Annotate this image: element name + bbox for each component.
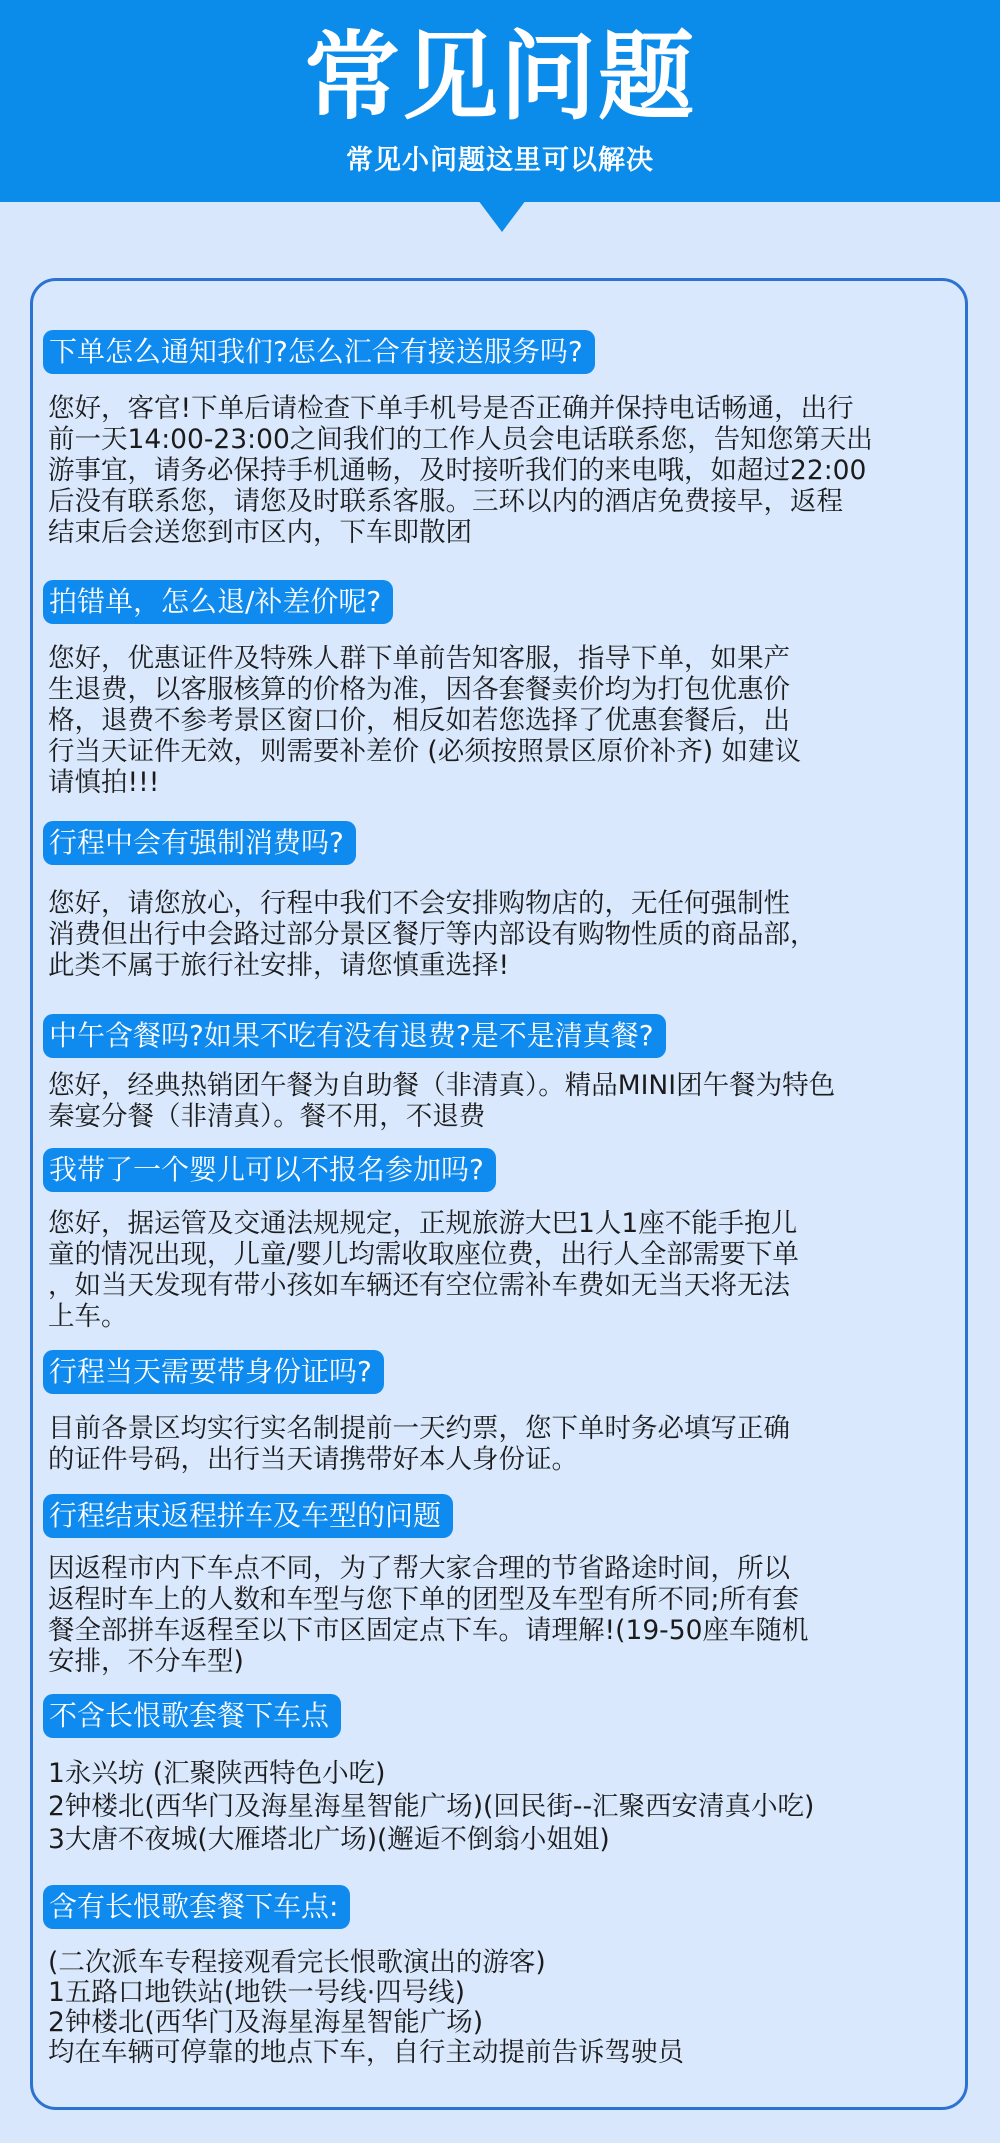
faq-question-1: 下单怎么通知我们?怎么汇合有接送服务吗? <box>43 330 595 374</box>
faq-answer-7: 因返程市内下车点不同，为了帮大家合理的节省路途时间，所以 返程时车上的人数和车型… <box>48 1553 968 1677</box>
down-arrow-icon <box>478 200 526 232</box>
faq-answer-4: 您好，经典热销团午餐为自助餐（非清真）。精品MINI团午餐为特色 秦宴分餐（非清… <box>48 1070 968 1132</box>
faq-answer-8: 1永兴坊 (汇聚陕西特色小吃) 2钟楼北(西华门及海星海星智能广场)(回民街--… <box>48 1757 968 1856</box>
faq-question-8: 不含长恨歌套餐下车点 <box>43 1694 341 1738</box>
page-title: 常见问题 <box>0 22 1000 132</box>
faq-question-3: 行程中会有强制消费吗? <box>43 821 356 865</box>
page-header: 常见问题 常见小问题这里可以解决 <box>0 0 1000 202</box>
faq-answer-2: 您好，优惠证件及特殊人群下单前告知客服，指导下单，如果产 生退费，以客服核算的价… <box>48 643 968 798</box>
faq-question-9: 含有长恨歌套餐下车点: <box>43 1885 350 1929</box>
faq-question-7: 行程结束返程拼车及车型的问题 <box>43 1494 453 1538</box>
faq-question-2: 拍错单，怎么退/补差价呢? <box>43 580 393 624</box>
faq-question-5: 我带了一个婴儿可以不报名参加吗? <box>43 1148 496 1192</box>
page-subtitle: 常见小问题这里可以解决 <box>0 138 1000 177</box>
faq-question-4: 中午含餐吗?如果不吃有没有退费?是不是清真餐? <box>43 1014 666 1058</box>
faq-answer-1: 您好，客官!下单后请检查下单手机号是否正确并保持电话畅通，出行 前一天14:00… <box>48 393 968 548</box>
faq-answer-3: 您好，请您放心，行程中我们不会安排购物店的，无任何强制性 消费但出行中会路过部分… <box>48 888 968 981</box>
faq-answer-5: 您好，据运管及交通法规规定，正规旅游大巴1人1座不能手抱儿 童的情况出现，儿童/… <box>48 1208 968 1332</box>
faq-answer-9: (二次派车专程接观看完长恨歌演出的游客) 1五路口地铁站(地铁一号线·四号线) … <box>48 1948 968 2068</box>
faq-answer-6: 目前各景区均实行实名制提前一天约票，您下单时务必填写正确 的证件号码，出行当天请… <box>48 1413 968 1475</box>
faq-question-6: 行程当天需要带身份证吗? <box>43 1350 384 1394</box>
